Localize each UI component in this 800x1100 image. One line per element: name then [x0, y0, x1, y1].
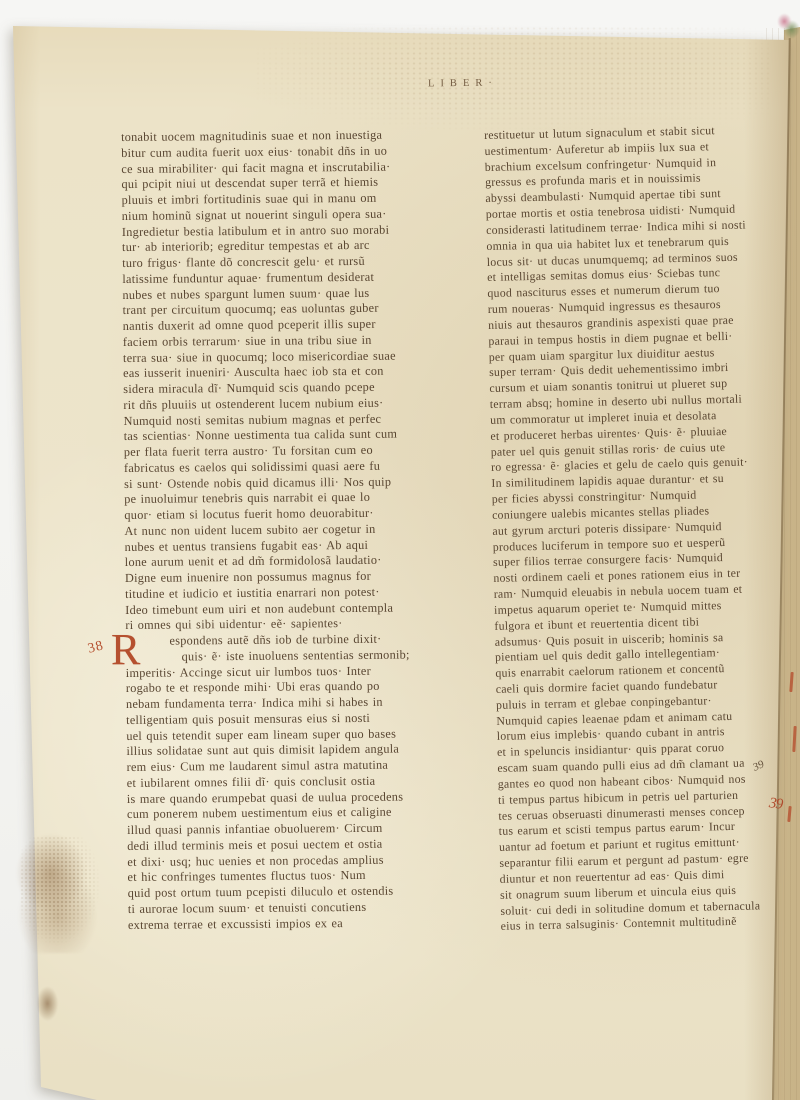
- rubricated-initial-letter: R: [111, 628, 140, 672]
- running-header: LIBER·: [428, 78, 498, 90]
- text-column-left: tonabit uocem magnitudinis suae et non i…: [121, 127, 478, 933]
- parchment-stain-small: [34, 982, 64, 1030]
- text-line: extrema terrae et excussisti impios ex e…: [128, 914, 478, 933]
- margin-red-chapter-number: 39: [768, 795, 783, 813]
- parchment-stain-texture: [20, 836, 100, 944]
- parchment-speckle-texture: [255, 26, 770, 131]
- page-corner-marker: [776, 12, 800, 39]
- photograph-background: LIBER· tonabit uocem magnitudinis suae e…: [0, 0, 800, 1100]
- text-column-right: restituetur ut lutum signaculum et stabi…: [484, 122, 796, 935]
